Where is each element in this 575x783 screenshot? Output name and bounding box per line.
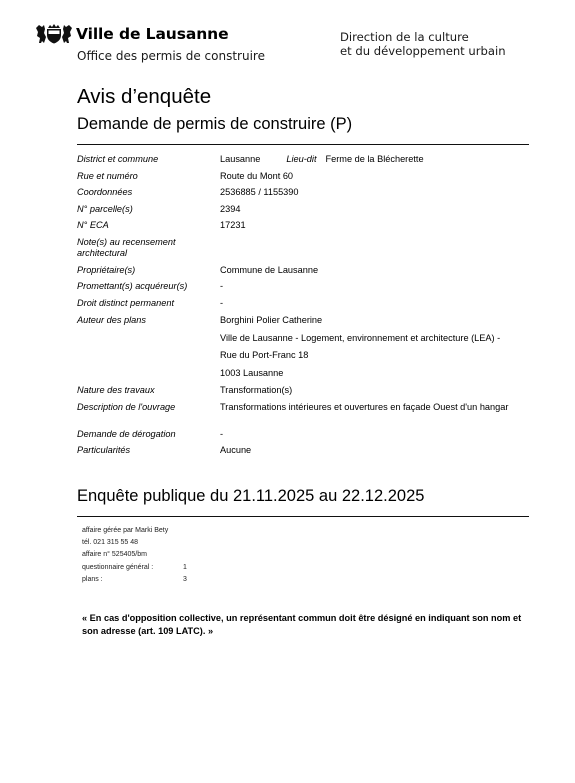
field-value: - xyxy=(220,427,537,444)
field-label: Nature des travaux xyxy=(77,383,220,400)
field-value: Route du Mont 60 xyxy=(220,169,537,186)
lieu-dit-label: Lieu-dit xyxy=(286,154,316,165)
field-value: - xyxy=(220,279,537,296)
field-street: Rue et numéro Route du Mont 60 xyxy=(77,169,537,186)
plans-label: plans : xyxy=(82,574,183,586)
page-title: Avis d’enquête xyxy=(77,84,211,110)
page-subtitle: Demande de permis de construire (P) xyxy=(77,113,352,135)
case-info: affaire gérée par Marki Bety tél. 021 31… xyxy=(82,525,187,586)
field-label: N° ECA xyxy=(77,218,220,235)
plans-row: plans : 3 xyxy=(82,574,187,586)
plans-count: 3 xyxy=(183,574,187,586)
field-author-line: 1003 Lausanne xyxy=(77,366,537,384)
divider xyxy=(77,144,529,145)
questionnaire-row: questionnaire général : 1 xyxy=(82,562,187,574)
field-eca: N° ECA 17231 xyxy=(77,218,537,235)
field-value: Borghini Polier Catherine xyxy=(220,313,537,331)
field-label: N° parcelle(s) xyxy=(77,202,220,219)
field-particularities: Particularités Aucune xyxy=(77,443,537,460)
direction-line-2: et du développement urbain xyxy=(340,45,506,59)
field-author-line: Rue du Port-Franc 18 xyxy=(77,348,537,366)
field-value: Aucune xyxy=(220,443,537,460)
field-value: Ville de Lausanne - Logement, environnem… xyxy=(220,331,537,349)
field-label: Droit distinct permanent xyxy=(77,296,220,314)
field-value: Rue du Port-Franc 18 xyxy=(220,348,537,366)
lausanne-coat-of-arms-icon xyxy=(35,24,73,44)
managed-by: affaire gérée par Marki Bety xyxy=(82,525,187,537)
office-name: Office des permis de construire xyxy=(77,48,265,64)
field-works-nature: Nature des travaux Transformation(s) xyxy=(77,383,537,400)
field-value: - xyxy=(220,296,537,314)
enquete-period: Enquête publique du 21.11.2025 au 22.12.… xyxy=(77,485,424,507)
case-number: affaire n° 525405/bm xyxy=(82,549,187,561)
field-description: Description de l'ouvrage Transformations… xyxy=(77,400,537,427)
field-label: Particularités xyxy=(77,443,220,460)
lieu-dit-value: Ferme de la Blécherette xyxy=(326,154,424,164)
field-value: Commune de Lausanne xyxy=(220,263,537,280)
field-value: 2394 xyxy=(220,202,537,219)
field-buyer: Promettant(s) acquéreur(s) - xyxy=(77,279,537,296)
field-permanent-right: Droit distinct permanent - xyxy=(77,296,537,314)
field-parcel: N° parcelle(s) 2394 xyxy=(77,202,537,219)
phone: tél. 021 315 55 48 xyxy=(82,537,187,549)
field-author: Auteur des plans Borghini Polier Catheri… xyxy=(77,313,537,331)
field-coordinates: Coordonnées 2536885 / 1155390 xyxy=(77,185,537,202)
field-label: District et commune xyxy=(77,152,220,169)
field-derogation: Demande de dérogation - xyxy=(77,427,537,444)
field-district: District et commune LausanneLieu-ditFerm… xyxy=(77,152,537,169)
field-value: Lausanne xyxy=(220,154,260,164)
field-census-notes: Note(s) au recensement architectural xyxy=(77,235,537,263)
field-label: Description de l'ouvrage xyxy=(77,400,220,427)
city-name: Ville de Lausanne xyxy=(76,24,229,44)
permit-details: District et commune LausanneLieu-ditFerm… xyxy=(77,152,537,460)
field-value xyxy=(220,235,537,263)
field-label: Rue et numéro xyxy=(77,169,220,186)
direction-line-1: Direction de la culture xyxy=(340,31,506,45)
questionnaire-count: 1 xyxy=(183,562,187,574)
field-owner: Propriétaire(s) Commune de Lausanne xyxy=(77,263,537,280)
divider xyxy=(77,516,529,517)
field-label: Promettant(s) acquéreur(s) xyxy=(77,279,220,296)
field-label: Note(s) au recensement architectural xyxy=(77,235,197,263)
opposition-notice: « En cas d'opposition collective, un rep… xyxy=(82,612,532,637)
field-value: 17231 xyxy=(220,218,537,235)
field-label: Auteur des plans xyxy=(77,313,220,331)
field-author-line: Ville de Lausanne - Logement, environnem… xyxy=(77,331,537,349)
field-value: Transformation(s) xyxy=(220,383,537,400)
field-label: Coordonnées xyxy=(77,185,220,202)
questionnaire-label: questionnaire général : xyxy=(82,562,183,574)
direction-name: Direction de la culture et du développem… xyxy=(340,31,506,58)
field-value: Transformations intérieures et ouverture… xyxy=(220,400,537,427)
field-label: Demande de dérogation xyxy=(77,427,220,444)
field-value: 1003 Lausanne xyxy=(220,366,537,384)
field-value: 2536885 / 1155390 xyxy=(220,185,537,202)
field-label: Propriétaire(s) xyxy=(77,263,220,280)
